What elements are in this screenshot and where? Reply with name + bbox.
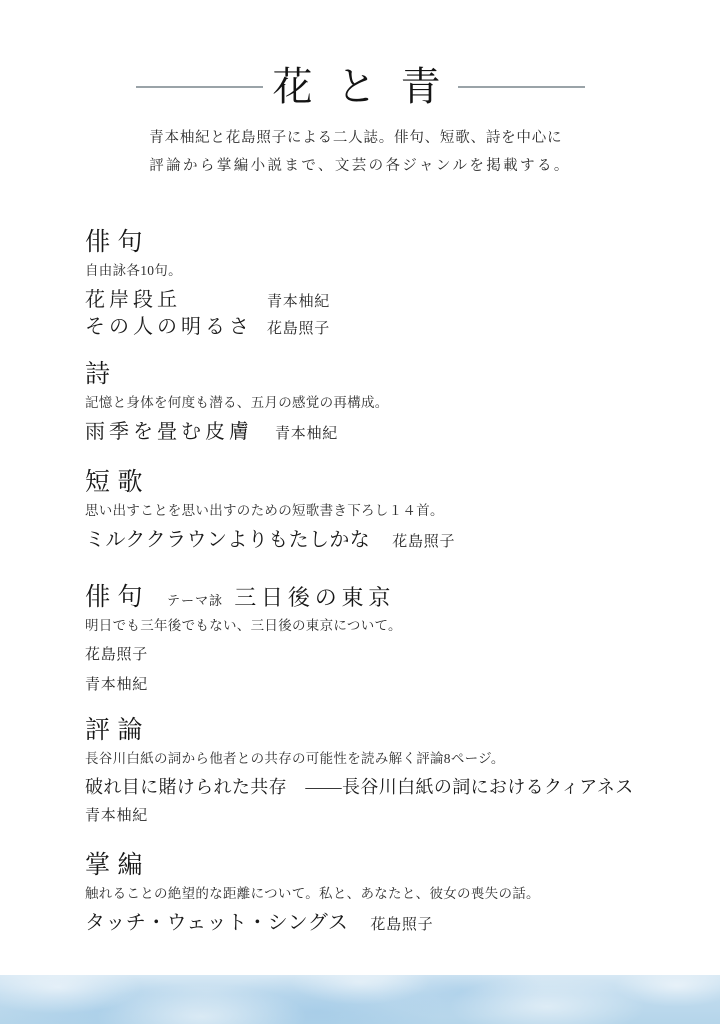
work-author: 青本柚紀 xyxy=(275,425,338,445)
work-item: ミルククラウンよりもたしかな 花島照子 xyxy=(85,527,670,553)
zine-toc-page: 花 と 青 青本柚紀と花島照子による二人誌。俳句、短歌、詩を中心に 評論から掌編… xyxy=(0,0,720,1024)
work-item: 破れ目に賭けられた共存 ——長谷川白紙の詞におけるクィアネス xyxy=(85,776,670,799)
work-author: 青本柚紀 xyxy=(267,293,330,313)
work-author: 青本柚紀 xyxy=(85,807,670,826)
intro-line-2: 評論から掌編小説まで、文芸の各ジャンルを掲載する。 xyxy=(149,152,571,180)
title-row: 花 と 青 xyxy=(0,0,720,110)
section-heading: 俳句 xyxy=(85,583,150,612)
watercolor-band xyxy=(0,975,720,1024)
work-author: 花島照子 xyxy=(267,320,330,340)
section-heading: 短歌 xyxy=(85,468,670,497)
header: 花 と 青 青本柚紀と花島照子による二人誌。俳句、短歌、詩を中心に 評論から掌編… xyxy=(0,0,720,180)
work-title: 破れ目に賭けられた共存 ——長谷川白紙の詞におけるクィアネス xyxy=(85,776,634,799)
section-description: 自由詠各10句。 xyxy=(85,262,670,279)
section-haiku: 俳句 自由詠各10句。 花岸段丘 青本柚紀 その人の明るさ 花島照子 xyxy=(85,228,670,340)
title-rule-left xyxy=(136,86,263,88)
work-title: 花岸段丘 xyxy=(85,287,267,313)
work-author: 花島照子 xyxy=(392,533,455,553)
section-description: 長谷川白紙の詞から他者との共存の可能性を読み解く評論8ページ。 xyxy=(85,750,670,767)
section-criticism: 評論 長谷川白紙の詞から他者との共存の可能性を読み解く評論8ページ。 破れ目に賭… xyxy=(85,716,670,826)
section-description: 触れることの絶望的な距離について。私と、あなたと、彼女の喪失の話。 xyxy=(85,885,670,902)
section-tanka: 短歌 思い出すことを思い出すのための短歌書き下ろし１４首。 ミルククラウンよりも… xyxy=(85,468,670,553)
work-item: 花岸段丘 青本柚紀 xyxy=(85,287,670,313)
intro-line-1: 青本柚紀と花島照子による二人誌。俳句、短歌、詩を中心に xyxy=(149,124,571,152)
theme-label: テーマ詠 xyxy=(167,590,223,609)
work-item: 雨季を畳む皮膚 青本柚紀 xyxy=(85,419,670,445)
contributor-name: 花島照子 xyxy=(85,646,670,665)
section-heading: 評論 xyxy=(85,716,670,745)
section-heading: 掌編 xyxy=(85,851,670,880)
section-short-fiction: 掌編 触れることの絶望的な距離について。私と、あなたと、彼女の喪失の話。 タッチ… xyxy=(85,851,670,936)
work-item: その人の明るさ 花島照子 xyxy=(85,314,670,340)
work-item: タッチ・ウェット・シングス 花島照子 xyxy=(85,910,670,936)
section-description: 記憶と身体を何度も潜る、五月の感覚の再構成。 xyxy=(85,394,670,411)
work-title: タッチ・ウェット・シングス xyxy=(85,910,348,936)
contributor-name: 青本柚紀 xyxy=(85,676,670,695)
section-heading: 詩 xyxy=(85,360,670,389)
section-heading: 俳句 xyxy=(85,228,670,257)
intro-block: 青本柚紀と花島照子による二人誌。俳句、短歌、詩を中心に 評論から掌編小説まで、文… xyxy=(0,124,720,180)
intro-text: 青本柚紀と花島照子による二人誌。俳句、短歌、詩を中心に 評論から掌編小説まで、文… xyxy=(149,124,571,180)
table-of-contents: 俳句 自由詠各10句。 花岸段丘 青本柚紀 その人の明るさ 花島照子 詩 記憶と… xyxy=(0,228,720,936)
section-haiku-theme: 俳句 テーマ詠 三日後の東京 明日でも三年後でもない、三日後の東京について。 花… xyxy=(85,581,670,695)
zine-title: 花 と 青 xyxy=(273,64,448,110)
section-description: 明日でも三年後でもない、三日後の東京について。 xyxy=(85,617,670,634)
section-heading-row: 俳句 テーマ詠 三日後の東京 xyxy=(85,581,670,612)
work-author: 花島照子 xyxy=(370,916,433,936)
work-title: ミルククラウンよりもたしかな xyxy=(85,527,370,553)
title-rule-right xyxy=(458,86,585,88)
section-description: 思い出すことを思い出すのための短歌書き下ろし１４首。 xyxy=(85,502,670,519)
work-title: 雨季を畳む皮膚 xyxy=(85,419,253,445)
section-poetry: 詩 記憶と身体を何度も潜る、五月の感覚の再構成。 雨季を畳む皮膚 青本柚紀 xyxy=(85,360,670,445)
work-title: その人の明るさ xyxy=(85,314,267,340)
theme-title: 三日後の東京 xyxy=(234,581,395,612)
